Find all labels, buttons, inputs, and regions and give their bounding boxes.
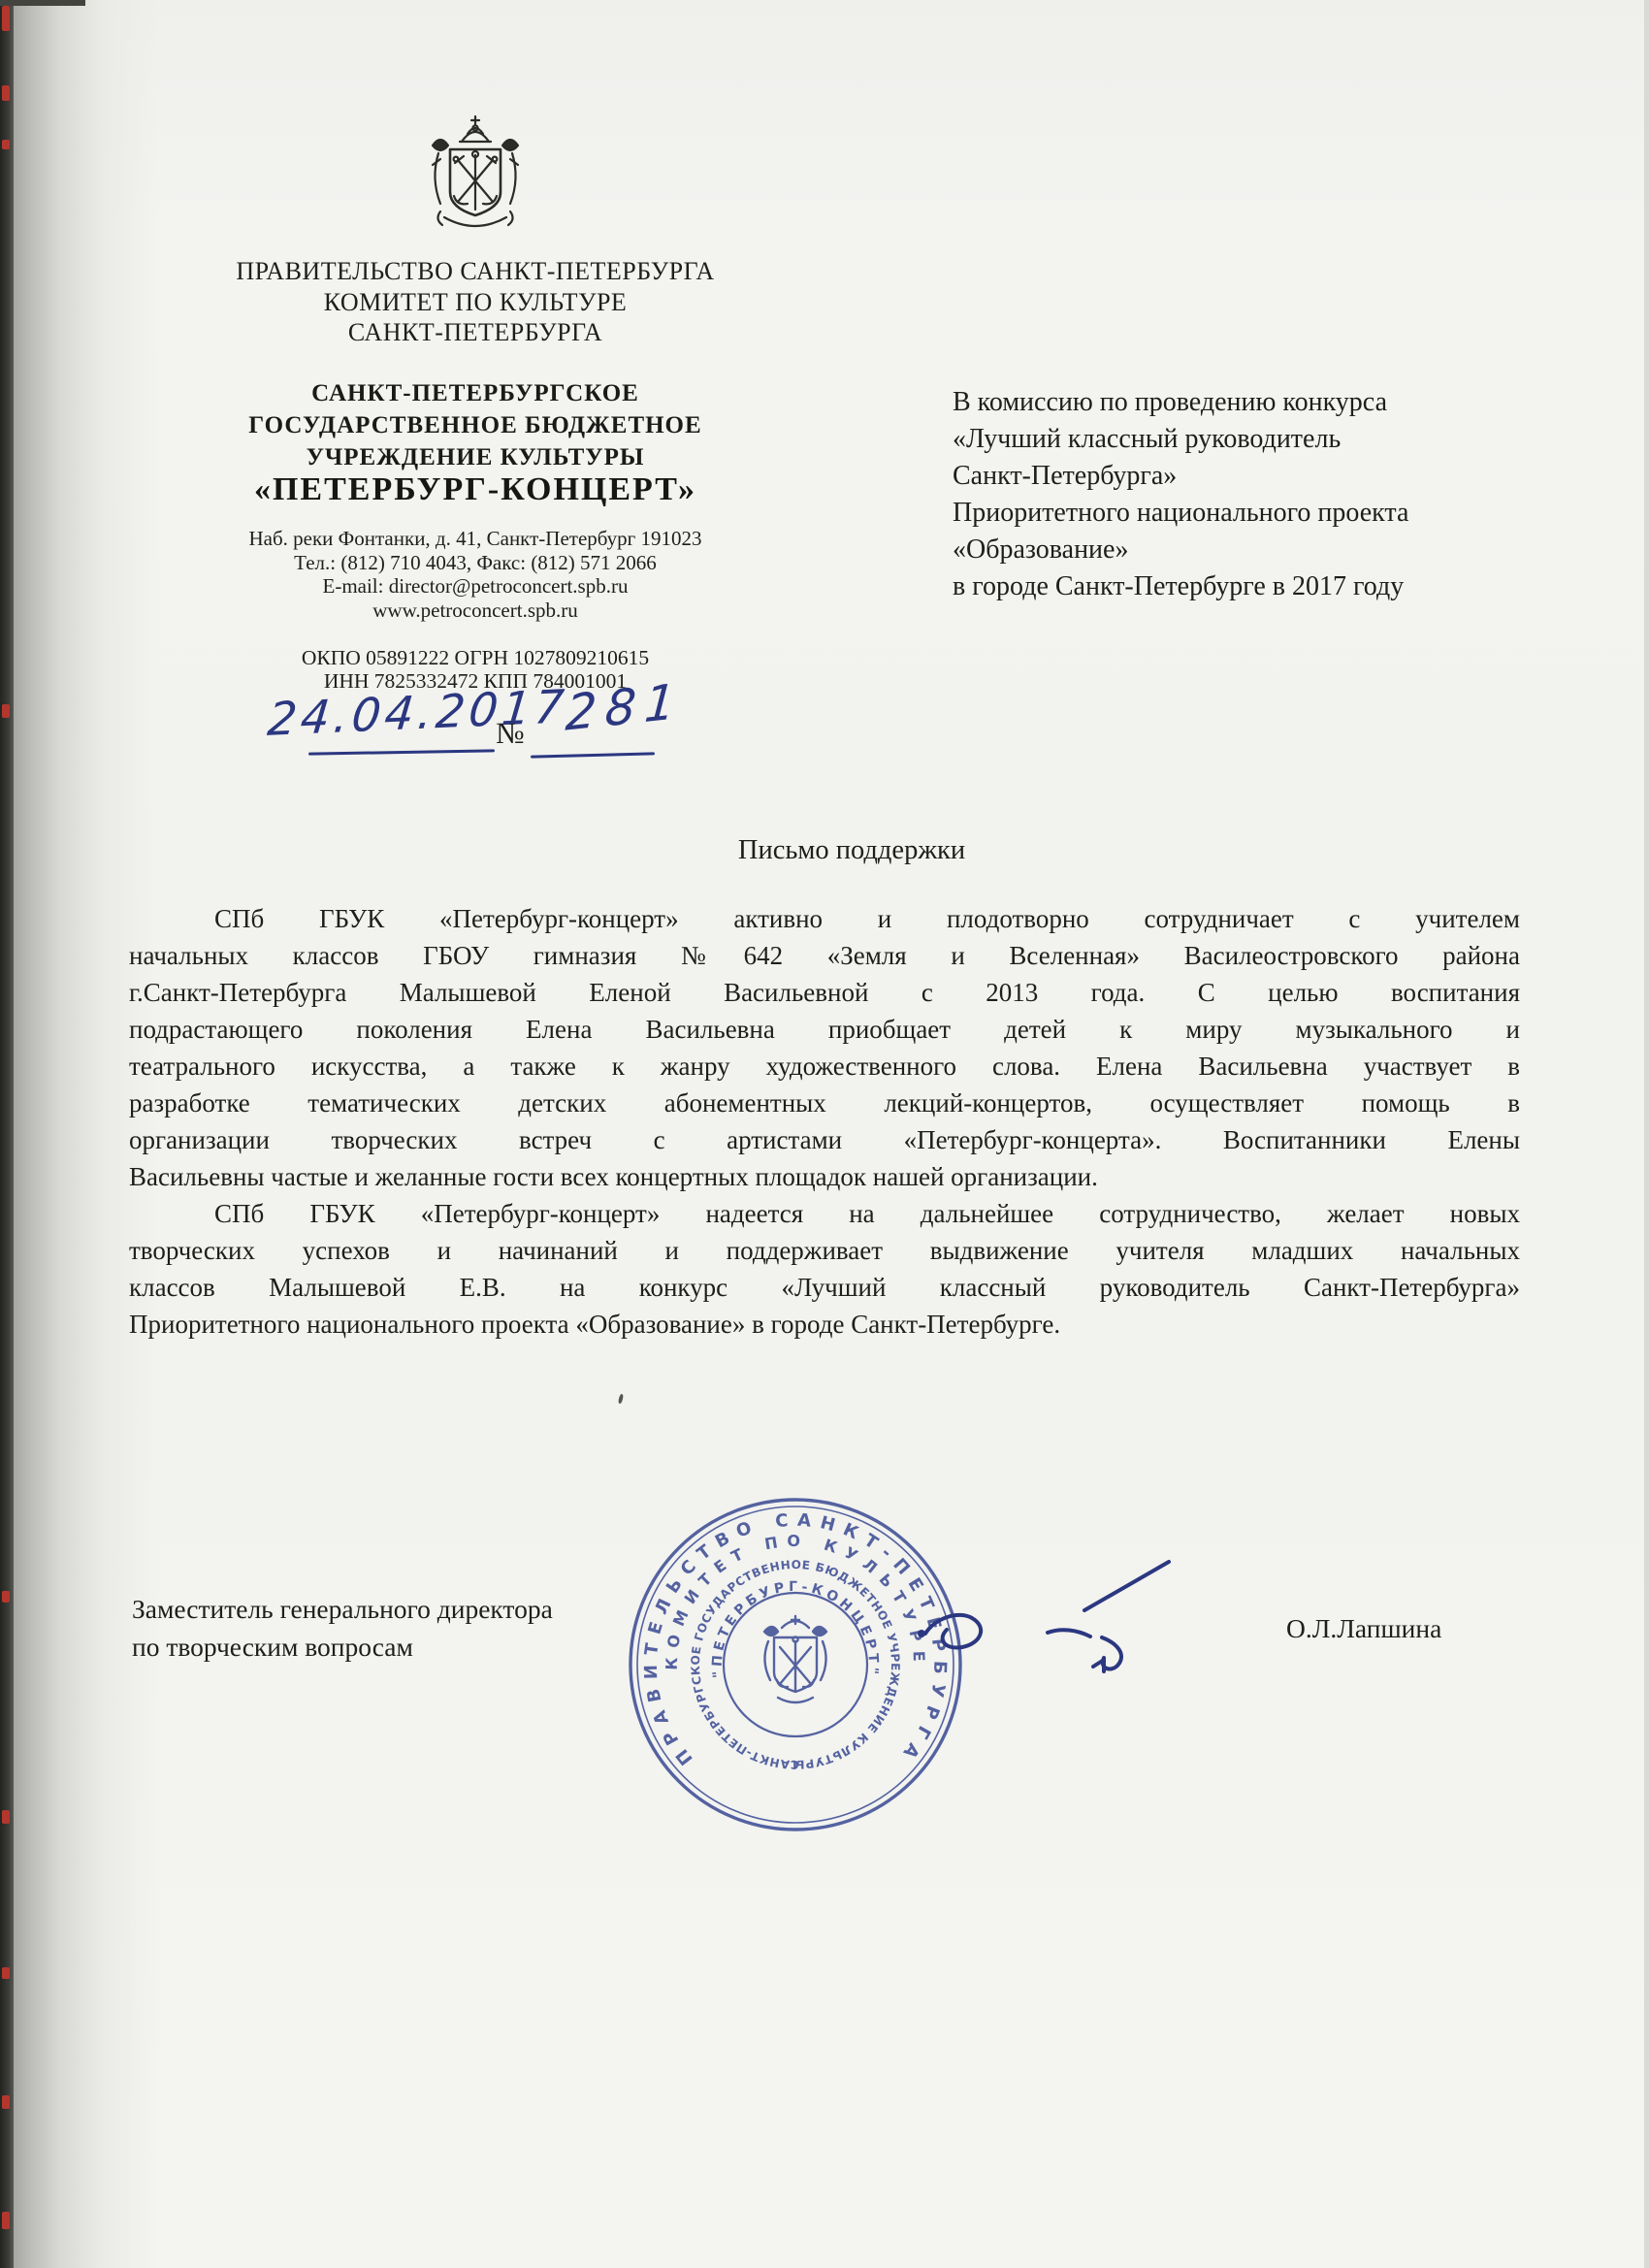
body-line: СПб ГБУК «Петербург-концерт» активно и п…: [129, 900, 1520, 937]
organization-line: ГОСУДАРСТВЕННОЕ БЮДЖЕТНОЕ: [165, 409, 786, 441]
red-edge-mark: [2, 6, 10, 31]
body-line: театрального искусства, а также к жанру …: [129, 1048, 1520, 1085]
letter-title: Письмо поддержки: [158, 835, 1545, 866]
scan-edge-top: [0, 0, 85, 6]
address-line: Наб. реки Фонтанки, д. 41, Санкт-Петербу…: [165, 527, 786, 551]
stamp-coat-of-arms-icon: [764, 1616, 826, 1702]
signature-scribble-icon: [912, 1533, 1193, 1678]
recipient-block: В комиссию по проведению конкурса «Лучши…: [953, 384, 1544, 605]
red-edge-mark: [2, 2095, 10, 2109]
body-line: классов Малышевой Е.В. на конкурс «Лучши…: [129, 1269, 1520, 1306]
number-underline: [531, 752, 655, 758]
government-header: ПРАВИТЕЛЬСТВО САНКТ-ПЕТЕРБУРГА КОМИТЕТ П…: [165, 256, 786, 348]
date-underline: [308, 749, 495, 755]
red-edge-mark: [2, 85, 10, 101]
body-line: организации творческих встреч с артистам…: [129, 1121, 1520, 1158]
organization-line: САНКТ-ПЕТЕРБУРГСКОЕ: [165, 377, 786, 409]
red-edge-mark: [2, 2212, 10, 2229]
coat-of-arms-icon: [415, 105, 535, 239]
organization-line: УЧРЕЖДЕНИЕ КУЛЬТУРЫ: [165, 441, 786, 473]
government-line: КОМИТЕТ ПО КУЛЬТУРЕ: [165, 287, 786, 318]
number-sign: №: [496, 716, 525, 751]
recipient-line: «Образование»: [953, 532, 1544, 568]
body-line: Приоритетного национального проекта «Обр…: [129, 1306, 1520, 1343]
government-line: ПРАВИТЕЛЬСТВО САНКТ-ПЕТЕРБУРГА: [165, 256, 786, 287]
body-line: творческих успехов и начинаний и поддерж…: [129, 1232, 1520, 1269]
recipient-line: В комиссию по проведению конкурса: [953, 384, 1544, 421]
recipient-line: в городе Санкт-Петербурге в 2017 году: [953, 568, 1544, 605]
signatory-position-line: Заместитель генерального директора: [132, 1590, 553, 1628]
government-line: САНКТ-ПЕТЕРБУРГА: [165, 317, 786, 348]
organization-name: САНКТ-ПЕТЕРБУРГСКОЕ ГОСУДАРСТВЕННОЕ БЮДЖ…: [165, 377, 786, 473]
red-edge-mark: [2, 1591, 10, 1603]
scan-edge-right: [1644, 0, 1649, 2268]
signatory-position-line: по творческим вопросам: [132, 1628, 553, 1666]
website-line: www.petroconcert.spb.ru: [165, 599, 786, 623]
signatory-name: О.Л.Лапшина: [1286, 1613, 1441, 1644]
handwritten-number: 281: [564, 672, 686, 742]
body-line: начальных классов ГБОУ гимназия №642 «Зе…: [129, 937, 1520, 974]
body-line: подрастающего поколения Елена Васильевна…: [129, 1011, 1520, 1048]
contact-block: Наб. реки Фонтанки, д. 41, Санкт-Петербу…: [165, 527, 786, 622]
recipient-line: Приоритетного национального проекта: [953, 495, 1544, 532]
ink-speck: [618, 1394, 624, 1405]
organization-title: «ПЕТЕРБУРГ-КОНЦЕРТ»: [165, 471, 786, 508]
codes-line: ОКПО 05891222 ОГРН 1027809210615: [165, 646, 786, 669]
email-line: E-mail: director@petroconcert.spb.ru: [165, 574, 786, 599]
recipient-line: Санкт-Петербурга»: [953, 458, 1544, 495]
body-line: Васильевны частые и желанные гости всех …: [129, 1158, 1520, 1195]
recipient-line: «Лучший классный руководитель: [953, 421, 1544, 458]
red-edge-mark: [2, 1967, 10, 1979]
red-edge-mark: [2, 1810, 10, 1824]
signatory-position: Заместитель генерального директора по тв…: [132, 1590, 553, 1666]
body-line: разработке тематических детских абонемен…: [129, 1085, 1520, 1121]
body-line: СПб ГБУК «Петербург-концерт» надеется на…: [129, 1195, 1520, 1232]
red-edge-mark: [2, 704, 10, 718]
scan-edge-left: [0, 0, 14, 2268]
phone-line: Тел.: (812) 710 4043, Факс: (812) 571 20…: [165, 551, 786, 575]
letter-body: СПб ГБУК «Петербург-концерт» активно и п…: [129, 900, 1520, 1343]
body-line: г.Санкт-Петербурга Малышевой Еленой Васи…: [129, 974, 1520, 1011]
scanned-letter-page: ПРАВИТЕЛЬСТВО САНКТ-ПЕТЕРБУРГА КОМИТЕТ П…: [0, 0, 1649, 2268]
red-edge-mark: [2, 140, 10, 149]
